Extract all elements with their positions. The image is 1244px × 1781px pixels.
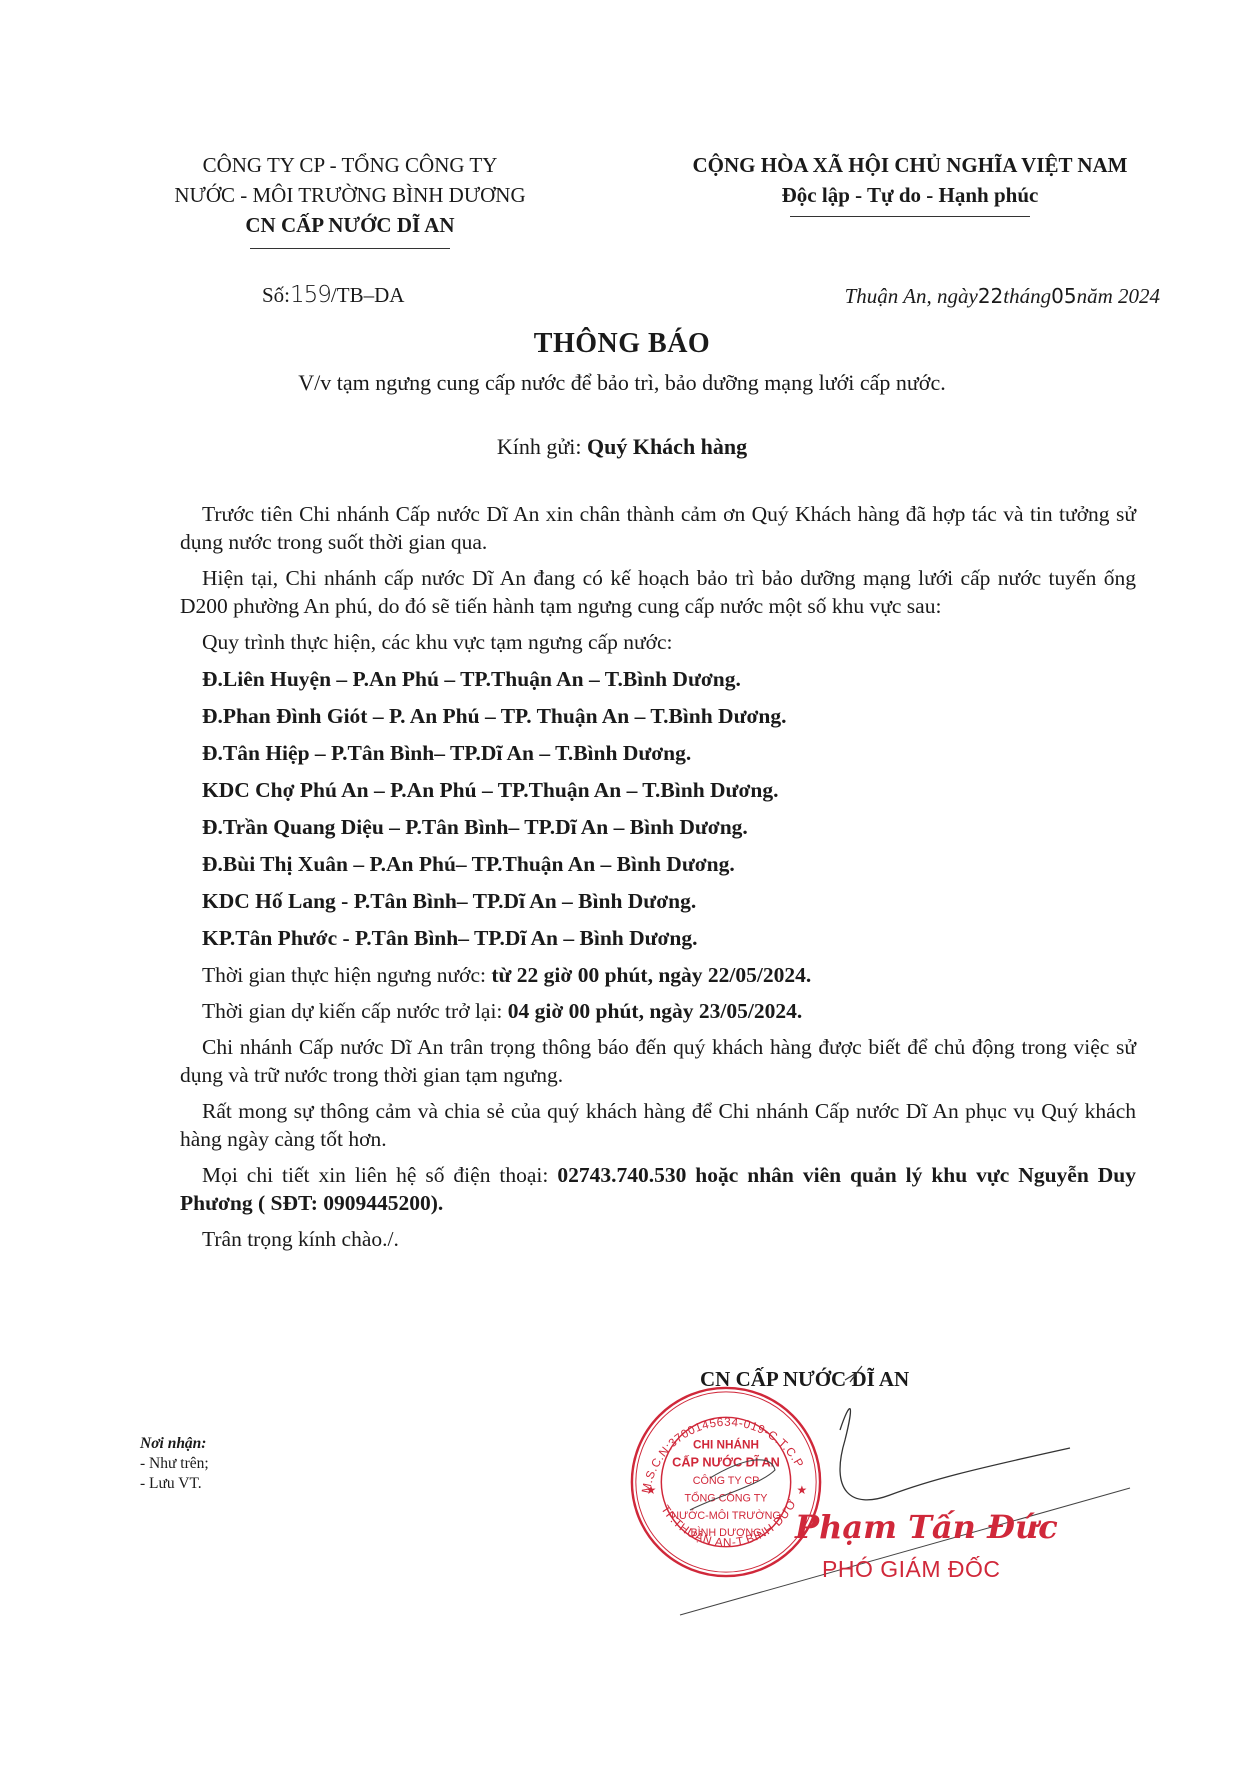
date-place: Thuận An, ngày [845, 284, 978, 308]
area-item: Đ.Phan Đình Giót – P. An Phú – TP. Thuận… [180, 702, 1136, 730]
signer-title: PHÓ GIÁM ĐỐC [822, 1556, 1001, 1583]
area-item: KP.Tân Phước - P.Tân Bình– TP.Dĩ An – Bì… [180, 924, 1136, 952]
issuer-header: CÔNG TY CP - TỔNG CÔNG TY NƯỚC - MÔI TRƯ… [130, 150, 570, 249]
areas-intro: Quy trình thực hiện, các khu vực tạm ngư… [180, 628, 1136, 656]
motto-underline [790, 216, 1030, 217]
recipient-item: - Lưu VT. [140, 1474, 209, 1494]
resume-time: Thời gian dự kiến cấp nước trở lại: 04 g… [180, 997, 1136, 1025]
recipients-heading: Nơi nhận: [140, 1434, 209, 1454]
issuer-line-1: CÔNG TY CP - TỔNG CÔNG TY [130, 150, 570, 180]
area-item: Đ.Tân Hiệp – P.Tân Bình– TP.Dĩ An – T.Bì… [180, 739, 1136, 767]
date-month: 05 [1051, 284, 1076, 308]
doc-number-prefix: Số: [262, 283, 290, 307]
document-subject: V/v tạm ngưng cung cấp nước để bảo trì, … [0, 370, 1244, 396]
national-title: CỘNG HÒA XÃ HỘI CHỦ NGHĨA VIỆT NAM [630, 150, 1190, 180]
paragraph-plan: Hiện tại, Chi nhánh cấp nước Dĩ An đang … [180, 564, 1136, 620]
date-month-label: tháng [1003, 284, 1051, 308]
paragraph-notice: Chi nhánh Cấp nước Dĩ An trân trọng thôn… [180, 1033, 1136, 1089]
greeting-recipient: Quý Khách hàng [587, 434, 747, 459]
greeting-label: Kính gửi: [497, 434, 587, 459]
document-body: Trước tiên Chi nhánh Cấp nước Dĩ An xin … [180, 500, 1136, 1261]
paragraph-thanks: Trước tiên Chi nhánh Cấp nước Dĩ An xin … [180, 500, 1136, 556]
recipient-item: - Như trên; [140, 1454, 209, 1474]
national-motto: Độc lập - Tự do - Hạnh phúc [630, 180, 1190, 210]
area-item: Đ.Bùi Thị Xuân – P.An Phú– TP.Thuận An –… [180, 850, 1136, 878]
resume-time-label: Thời gian dự kiến cấp nước trở lại: [202, 999, 508, 1023]
issuer-line-2: NƯỚC - MÔI TRƯỜNG BÌNH DƯƠNG [130, 180, 570, 210]
date-year: năm 2024 [1077, 284, 1160, 308]
closing: Trân trọng kính chào./. [180, 1225, 1136, 1253]
recipients-block: Nơi nhận: - Như trên; - Lưu VT. [140, 1434, 209, 1494]
contact-label: Mọi chi tiết xin liên hệ số điện thoại: [202, 1163, 557, 1187]
date-line: Thuận An, ngày22tháng05năm 2024 [845, 284, 1160, 309]
document-number: Số:159/TB–DA [262, 282, 404, 308]
document-title: THÔNG BÁO [0, 328, 1244, 360]
issuer-underline [250, 248, 450, 249]
stop-time-label: Thời gian thực hiện ngưng nước: [202, 963, 491, 987]
issuer-branch: CN CẤP NƯỚC DĨ AN [130, 210, 570, 240]
handwritten-signature [600, 1360, 1220, 1640]
signer-name: Phạm Tấn Đức [795, 1508, 1058, 1546]
greeting: Kính gửi: Quý Khách hàng [0, 434, 1244, 460]
area-item: Đ.Trần Quang Diệu – P.Tân Bình– TP.Dĩ An… [180, 813, 1136, 841]
doc-number-handwritten: 159 [290, 282, 331, 308]
area-item: KDC Chợ Phú An – P.An Phú – TP.Thuận An … [180, 776, 1136, 804]
date-day: 22 [978, 284, 1003, 308]
paragraph-apology: Rất mong sự thông cảm và chia sẻ của quý… [180, 1097, 1136, 1153]
area-item: KDC Hố Lang - P.Tân Bình– TP.Dĩ An – Bìn… [180, 887, 1136, 915]
doc-number-suffix: /TB–DA [331, 283, 405, 307]
area-item: Đ.Liên Huyện – P.An Phú – TP.Thuận An – … [180, 665, 1136, 693]
national-header: CỘNG HÒA XÃ HỘI CHỦ NGHĨA VIỆT NAM Độc l… [630, 150, 1190, 217]
stop-time: Thời gian thực hiện ngưng nước: từ 22 gi… [180, 961, 1136, 989]
stop-time-value: từ 22 giờ 00 phút, ngày 22/05/2024. [491, 963, 811, 987]
resume-time-value: 04 giờ 00 phút, ngày 23/05/2024. [508, 999, 802, 1023]
paragraph-contact: Mọi chi tiết xin liên hệ số điện thoại: … [180, 1161, 1136, 1217]
